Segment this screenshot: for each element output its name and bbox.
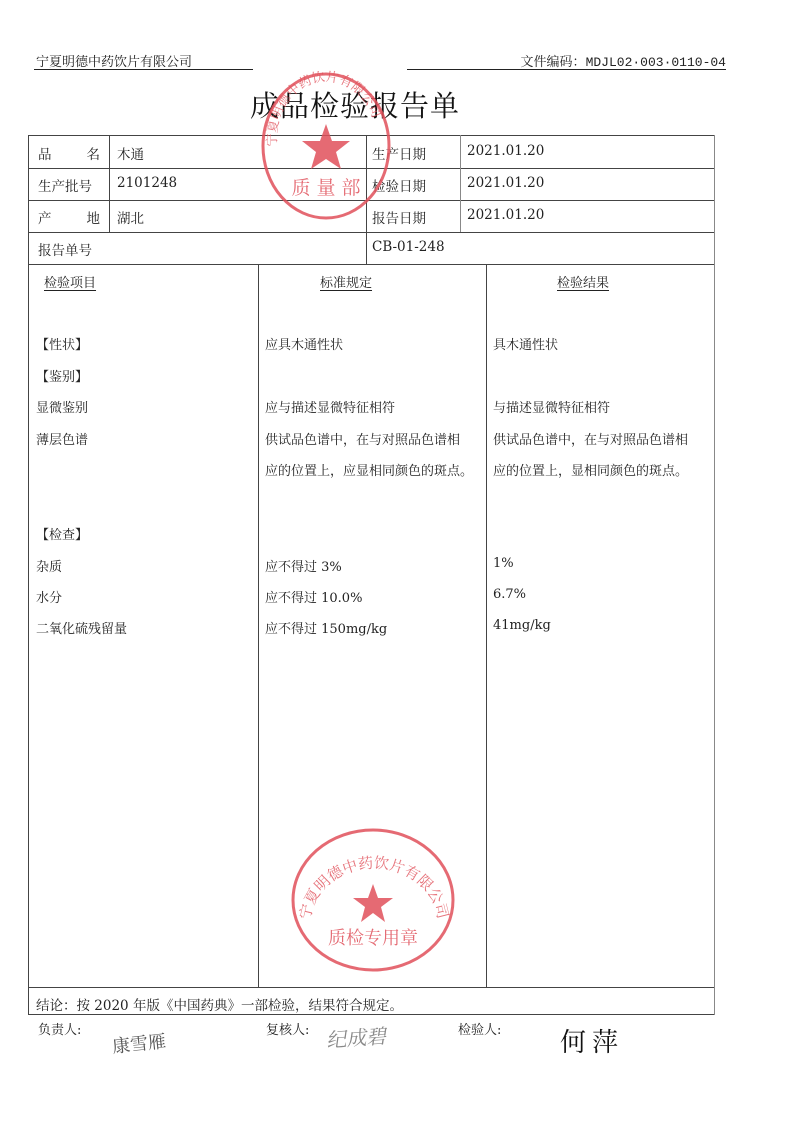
responsible-label: 负责人: [38, 1019, 81, 1038]
report-date-label: 报告日期 [372, 207, 426, 227]
table-line [28, 200, 714, 201]
table-line [28, 168, 714, 169]
inspector-signature: 何萍 [560, 1022, 624, 1059]
header-rule-left [34, 69, 253, 70]
row-result: 应的位置上，显相同颜色的斑点。 [493, 460, 688, 479]
table-line [366, 135, 367, 264]
production-date-label: 生产日期 [372, 143, 426, 163]
batch-label: 生产批号 [38, 175, 92, 195]
svg-text:宁夏明德中药饮片有限公司: 宁夏明德中药饮片有限公司 [296, 854, 452, 921]
row-item: 【性状】 [36, 334, 88, 353]
row-result: 与描述显微特征相符 [493, 397, 610, 416]
header-rule-right [407, 69, 726, 70]
row-item: 【鉴别】 [36, 366, 88, 385]
reviewer-label: 复核人: [266, 1019, 309, 1038]
label-char: 品 [38, 143, 52, 163]
column-header-item: 检验项目 [44, 272, 96, 291]
report-no-label: 报告单号 [38, 239, 92, 259]
quality-inspection-stamp: 宁夏明德中药饮片有限公司 质检专用章 [288, 826, 458, 974]
row-result: 具木通性状 [493, 334, 558, 353]
column-header-result: 检验结果 [557, 272, 609, 291]
table-border-bottom [28, 1014, 714, 1015]
row-standard: 供试品色谱中，在与对照品色谱相 [265, 429, 460, 448]
row-item: 【检查】 [36, 524, 88, 543]
origin-value: 湖北 [117, 207, 144, 227]
row-result: 供试品色谱中，在与对照品色谱相 [493, 429, 688, 448]
table-border-top [28, 135, 714, 136]
table-border-right [714, 135, 715, 1015]
table-line [460, 135, 461, 232]
stamp-center-text: 质检专用章 [328, 928, 418, 949]
label-char: 名 [87, 143, 101, 163]
row-standard: 应不得过 10.0% [265, 587, 362, 606]
reviewer-signature: 纪成碧 [326, 1020, 390, 1054]
table-line [28, 264, 714, 265]
inspection-date-value: 2021.01.20 [467, 175, 544, 191]
report-title: 成品检验报告单 [0, 84, 710, 125]
inspector-label: 检验人: [458, 1019, 501, 1038]
production-date-value: 2021.01.20 [467, 143, 544, 159]
row-item: 杂质 [36, 556, 62, 575]
origin-label: 产地 [38, 207, 100, 227]
stamp-center-text: 质 量 部 [291, 177, 360, 199]
report-date-value: 2021.01.20 [467, 207, 544, 223]
document-code-value: MDJL02·003·0110-04 [586, 55, 726, 70]
report-no-value: CB-01-248 [372, 239, 445, 255]
row-item: 二氧化硫残留量 [36, 618, 127, 637]
row-item: 显微鉴别 [36, 397, 88, 416]
product-name-value: 木通 [117, 143, 144, 163]
row-standard: 应不得过 3% [265, 556, 342, 575]
row-standard: 应与描述显微特征相符 [265, 397, 395, 416]
row-standard: 应不得过 150mg/kg [265, 618, 387, 637]
document-code-label: 文件编码： [521, 55, 586, 70]
column-header-standard: 标准规定 [320, 272, 372, 291]
row-result: 41mg/kg [493, 618, 551, 633]
responsible-signature: 康雪雁 [111, 1027, 167, 1059]
star-icon [353, 884, 393, 922]
batch-value: 2101248 [117, 175, 177, 191]
table-line [28, 987, 714, 988]
star-icon [302, 124, 350, 169]
conclusion: 结论：按 2020 年版《中国药典》一部检验，结果符合规定。 [36, 994, 403, 1014]
label-char: 地 [87, 207, 101, 227]
table-line [109, 135, 110, 232]
stamp-ring-text: 宁夏明德中药饮片有限公司 [296, 854, 452, 921]
label-char: 产 [38, 207, 52, 227]
company-name: 宁夏明德中药饮片有限公司 [36, 51, 192, 70]
row-standard: 应具木通性状 [265, 334, 343, 353]
row-result: 1% [493, 556, 514, 571]
document-code: 文件编码：MDJL02·003·0110-04 [521, 51, 726, 70]
table-line [28, 232, 714, 233]
row-result: 6.7% [493, 587, 526, 602]
product-name-label: 品名 [38, 143, 100, 163]
inspection-date-label: 检验日期 [372, 175, 426, 195]
row-standard: 应的位置上，应显相同颜色的斑点。 [265, 460, 473, 479]
table-line [486, 264, 487, 987]
table-line [258, 264, 259, 987]
row-item: 水分 [36, 587, 62, 606]
table-border-left [28, 135, 29, 1015]
row-item: 薄层色谱 [36, 429, 88, 448]
